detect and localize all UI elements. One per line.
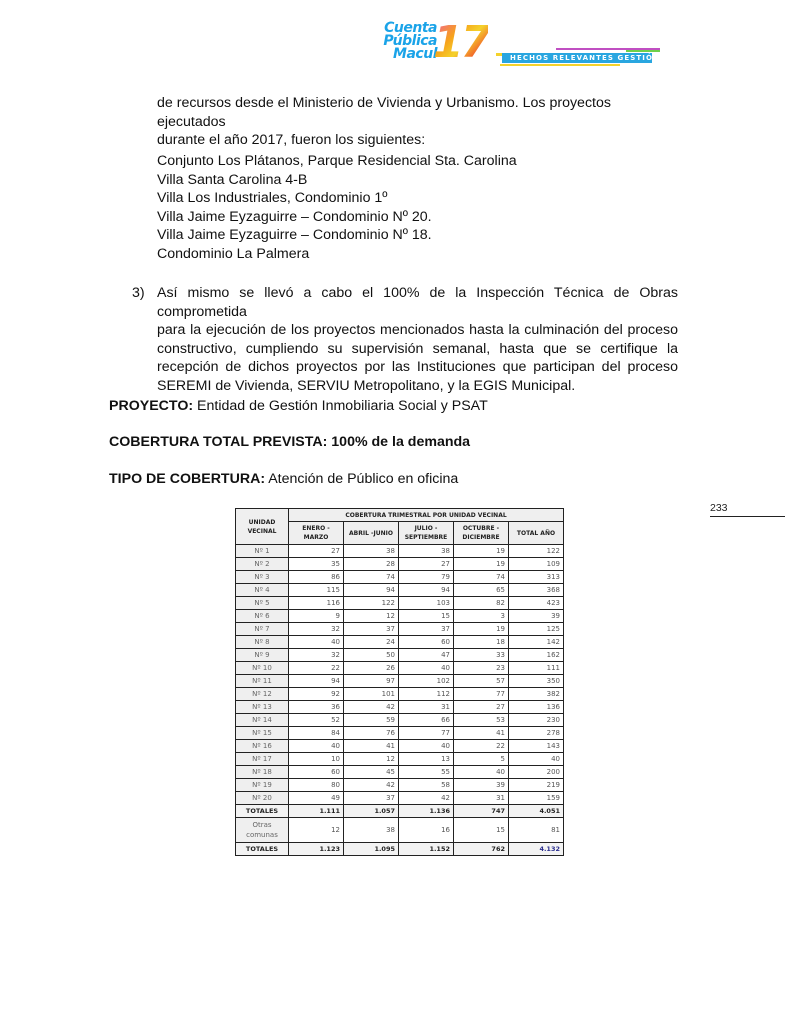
field-label: PROYECTO:	[109, 398, 193, 414]
cell-value: 65	[454, 584, 509, 597]
row-label: Nº 8	[236, 636, 289, 649]
cell-value: 4.051	[509, 805, 564, 818]
cell-value: 82	[454, 597, 509, 610]
cell-value: 55	[399, 766, 454, 779]
cell-value: 762	[454, 843, 509, 856]
otras-comunas-row: Otrascomunas1238161581	[236, 818, 564, 843]
cell-value: 31	[399, 701, 454, 714]
cell-value: 19	[454, 545, 509, 558]
row-label: Nº 14	[236, 714, 289, 727]
cell-value: 66	[399, 714, 454, 727]
cell-value: 39	[454, 779, 509, 792]
cell-value: 84	[289, 727, 344, 740]
cell-value: 38	[399, 545, 454, 558]
cell-value: 53	[454, 714, 509, 727]
table-row: Nº 1860455540200	[236, 766, 564, 779]
cell-value: 40	[509, 753, 564, 766]
table-row: Nº 11949710257350	[236, 675, 564, 688]
row-label: Nº 2	[236, 558, 289, 571]
cell-value: 18	[454, 636, 509, 649]
cell-value: 33	[454, 649, 509, 662]
table-row: Nº 17101213540	[236, 753, 564, 766]
table-row: Nº 932504733162	[236, 649, 564, 662]
cell-value: 52	[289, 714, 344, 727]
cell-value: 15	[454, 818, 509, 843]
cell-value: 136	[509, 701, 564, 714]
text-line: de recursos desde el Ministerio de Vivie…	[157, 94, 677, 131]
row-label: Nº 12	[236, 688, 289, 701]
cell-value: 77	[399, 727, 454, 740]
cell-value: 313	[509, 571, 564, 584]
cell-value: 80	[289, 779, 344, 792]
cell-value: 39	[509, 610, 564, 623]
cell-value: 37	[344, 623, 399, 636]
table-body: Nº 127383819122Nº 235282719109Nº 3867479…	[236, 545, 564, 856]
cell-value: 57	[454, 675, 509, 688]
cell-value: 26	[344, 662, 399, 675]
cell-value: 219	[509, 779, 564, 792]
cell-value: 28	[344, 558, 399, 571]
cell-value: 13	[399, 753, 454, 766]
banner-decoration	[626, 50, 660, 52]
cell-value: 103	[399, 597, 454, 610]
group-header: COBERTURA TRIMESTRAL POR UNIDAD VECINAL	[289, 509, 564, 522]
cell-value: 35	[289, 558, 344, 571]
cell-value: 19	[454, 623, 509, 636]
row-label: Otrascomunas	[236, 818, 289, 843]
cell-value: 1.095	[344, 843, 399, 856]
proyecto-field: PROYECTO: Entidad de Gestión Inmobiliari…	[109, 397, 488, 415]
cell-value: 50	[344, 649, 399, 662]
cell-value: 38	[344, 545, 399, 558]
cell-value: 4.132	[509, 843, 564, 856]
cell-value: 200	[509, 766, 564, 779]
project-item: Villa Jaime Eyzaguirre – Condominio Nº 1…	[157, 226, 677, 245]
table-row: Nº 511612210382423	[236, 597, 564, 610]
cell-value: 47	[399, 649, 454, 662]
row-label: Nº 6	[236, 610, 289, 623]
cell-value: 92	[289, 688, 344, 701]
row-label: Nº 13	[236, 701, 289, 714]
cell-value: 3	[454, 610, 509, 623]
cell-value: 40	[289, 740, 344, 753]
field-label: TIPO DE COBERTURA:	[109, 471, 265, 487]
cell-value: 40	[399, 740, 454, 753]
row-label: TOTALES	[236, 805, 289, 818]
cell-value: 97	[344, 675, 399, 688]
totals-row: TOTALES1.1231.0951.1527624.132	[236, 843, 564, 856]
text-line: recepción de dichos proyectos por las In…	[157, 358, 678, 377]
cell-value: 94	[289, 675, 344, 688]
page-number-rule	[710, 516, 785, 517]
cell-value: 59	[344, 714, 399, 727]
cell-value: 122	[344, 597, 399, 610]
row-label: Nº 20	[236, 792, 289, 805]
cell-value: 122	[509, 545, 564, 558]
cell-value: 162	[509, 649, 564, 662]
table-row: Nº 1584767741278	[236, 727, 564, 740]
table-row: Nº 386747974313	[236, 571, 564, 584]
cell-value: 37	[344, 792, 399, 805]
cell-value: 60	[289, 766, 344, 779]
row-label: Nº 5	[236, 597, 289, 610]
cell-value: 40	[289, 636, 344, 649]
header-line: UNIDAD	[249, 519, 276, 526]
row-label: Nº 11	[236, 675, 289, 688]
cell-value: 86	[289, 571, 344, 584]
cell-value: 230	[509, 714, 564, 727]
cell-value: 37	[399, 623, 454, 636]
totals-row: TOTALES1.1111.0571.1367474.051	[236, 805, 564, 818]
row-label: Nº 1	[236, 545, 289, 558]
unidad-vecinal-header: UNIDAD VECINAL	[236, 509, 289, 545]
cell-value: 36	[289, 701, 344, 714]
cell-value: 115	[289, 584, 344, 597]
cell-value: 42	[344, 701, 399, 714]
table-row: Nº 840246018142	[236, 636, 564, 649]
project-item: Conjunto Los Plátanos, Parque Residencia…	[157, 152, 677, 171]
cell-value: 23	[454, 662, 509, 675]
column-header: ABRIL -JUNIO	[344, 522, 399, 545]
cell-value: 142	[509, 636, 564, 649]
cell-value: 40	[399, 662, 454, 675]
cell-value: 10	[289, 753, 344, 766]
table-row: Nº 235282719109	[236, 558, 564, 571]
cell-value: 423	[509, 597, 564, 610]
project-item: Villa Santa Carolina 4-B	[157, 171, 677, 190]
cell-value: 19	[454, 558, 509, 571]
cell-value: 27	[399, 558, 454, 571]
cell-value: 15	[399, 610, 454, 623]
cell-value: 40	[454, 766, 509, 779]
cell-value: 77	[454, 688, 509, 701]
text-line: durante el año 2017, fueron los siguient…	[157, 131, 677, 150]
cell-value: 60	[399, 636, 454, 649]
field-value: 100% de la demanda	[327, 434, 470, 450]
projects-list: Conjunto Los Plátanos, Parque Residencia…	[157, 152, 677, 263]
cell-value: 109	[509, 558, 564, 571]
table-row: Nº 127383819122	[236, 545, 564, 558]
text-line: constructivo, cumpliendo su supervisión …	[157, 340, 678, 359]
project-item: Villa Jaime Eyzaguirre – Condominio Nº 2…	[157, 208, 677, 227]
cell-value: 42	[399, 792, 454, 805]
cell-value: 94	[399, 584, 454, 597]
cell-value: 74	[454, 571, 509, 584]
cell-value: 16	[399, 818, 454, 843]
cell-value: 278	[509, 727, 564, 740]
cell-value: 31	[454, 792, 509, 805]
project-item: Villa Los Industriales, Condominio 1º	[157, 189, 677, 208]
table-row: Nº 732373719125	[236, 623, 564, 636]
table-row: Nº 1022264023111	[236, 662, 564, 675]
cell-value: 102	[399, 675, 454, 688]
cell-value: 350	[509, 675, 564, 688]
banner-label: HECHOS RELEVANTES GESTIÓN 2017	[510, 53, 687, 63]
row-label: Nº 18	[236, 766, 289, 779]
column-header: OCTUBRE -DICIEMBRE	[454, 522, 509, 545]
cell-value: 111	[509, 662, 564, 675]
row-label: Nº 4	[236, 584, 289, 597]
row-label: Nº 10	[236, 662, 289, 675]
cell-value: 41	[344, 740, 399, 753]
cell-value: 58	[399, 779, 454, 792]
cell-value: 32	[289, 649, 344, 662]
cell-value: 116	[289, 597, 344, 610]
cell-value: 112	[399, 688, 454, 701]
cell-value: 94	[344, 584, 399, 597]
text-line: para la ejecución de los proyectos menci…	[157, 321, 678, 340]
row-label: Nº 17	[236, 753, 289, 766]
banner-decoration	[500, 64, 620, 66]
cobertura-total-field: COBERTURA TOTAL PREVISTA: 100% de la dem…	[109, 433, 470, 451]
cell-value: 12	[344, 610, 399, 623]
table-row: Nº 2049374231159	[236, 792, 564, 805]
table-row: Nº 1980425839219	[236, 779, 564, 792]
logo-line: Macul	[367, 48, 437, 61]
cell-value: 79	[399, 571, 454, 584]
cell-value: 101	[344, 688, 399, 701]
item-text: Así mismo se llevó a cabo el 100% de la …	[157, 284, 678, 395]
logo-text: Cuenta Pública Macul	[367, 22, 437, 61]
row-label: Nº 19	[236, 779, 289, 792]
cell-value: 1.152	[399, 843, 454, 856]
cell-value: 45	[344, 766, 399, 779]
cell-value: 27	[289, 545, 344, 558]
cell-value: 49	[289, 792, 344, 805]
row-label: TOTALES	[236, 843, 289, 856]
column-header: TOTAL AÑO	[509, 522, 564, 545]
page-number: 233	[710, 502, 728, 514]
column-header: JULIO -SEPTIEMBRE	[399, 522, 454, 545]
row-label: Nº 3	[236, 571, 289, 584]
project-item: Condominio La Palmera	[157, 245, 677, 264]
text-line: SEREMI de Vivienda, SERVIU Metropolitano…	[157, 377, 678, 396]
cell-value: 27	[454, 701, 509, 714]
item-number: 3)	[132, 284, 145, 303]
coverage-table: UNIDAD VECINAL COBERTURA TRIMESTRAL POR …	[235, 508, 564, 856]
cell-value: 42	[344, 779, 399, 792]
cell-value: 1.123	[289, 843, 344, 856]
cell-value: 1.136	[399, 805, 454, 818]
cuenta-publica-logo: Cuenta Pública Macul 17	[367, 20, 487, 72]
cell-value: 368	[509, 584, 564, 597]
table-row: Nº 4115949465368	[236, 584, 564, 597]
header-banner: HECHOS RELEVANTES GESTIÓN 2017	[496, 48, 660, 70]
cell-value: 41	[454, 727, 509, 740]
table-row: Nº 691215339	[236, 610, 564, 623]
field-label: COBERTURA TOTAL PREVISTA:	[109, 434, 327, 450]
table-row: Nº 1452596653230	[236, 714, 564, 727]
cell-value: 38	[344, 818, 399, 843]
cell-value: 22	[454, 740, 509, 753]
header-line: VECINAL	[248, 528, 277, 535]
logo-year: 17	[433, 20, 488, 66]
row-label: Nº 9	[236, 649, 289, 662]
field-value: Entidad de Gestión Inmobiliaria Social y…	[193, 398, 488, 414]
text-line: Así mismo se llevó a cabo el 100% de la …	[157, 284, 678, 321]
field-value: Atención de Público en oficina	[265, 471, 458, 487]
cell-value: 74	[344, 571, 399, 584]
cell-value: 9	[289, 610, 344, 623]
row-label: Nº 7	[236, 623, 289, 636]
cell-value: 81	[509, 818, 564, 843]
cell-value: 1.111	[289, 805, 344, 818]
cell-value: 5	[454, 753, 509, 766]
cell-value: 382	[509, 688, 564, 701]
cell-value: 24	[344, 636, 399, 649]
cell-value: 125	[509, 623, 564, 636]
cell-value: 12	[344, 753, 399, 766]
row-label: Nº 15	[236, 727, 289, 740]
table-row: Nº 129210111277382	[236, 688, 564, 701]
column-header: ENERO -MARZO	[289, 522, 344, 545]
cell-value: 143	[509, 740, 564, 753]
table-row: Nº 1640414022143	[236, 740, 564, 753]
row-label: Nº 16	[236, 740, 289, 753]
cell-value: 747	[454, 805, 509, 818]
tipo-cobertura-field: TIPO DE COBERTURA: Atención de Público e…	[109, 470, 458, 488]
table-row: Nº 1336423127136	[236, 701, 564, 714]
cell-value: 12	[289, 818, 344, 843]
cell-value: 76	[344, 727, 399, 740]
cell-value: 1.057	[344, 805, 399, 818]
cell-value: 32	[289, 623, 344, 636]
cell-value: 22	[289, 662, 344, 675]
cell-value: 159	[509, 792, 564, 805]
intro-paragraph: de recursos desde el Ministerio de Vivie…	[157, 94, 677, 150]
